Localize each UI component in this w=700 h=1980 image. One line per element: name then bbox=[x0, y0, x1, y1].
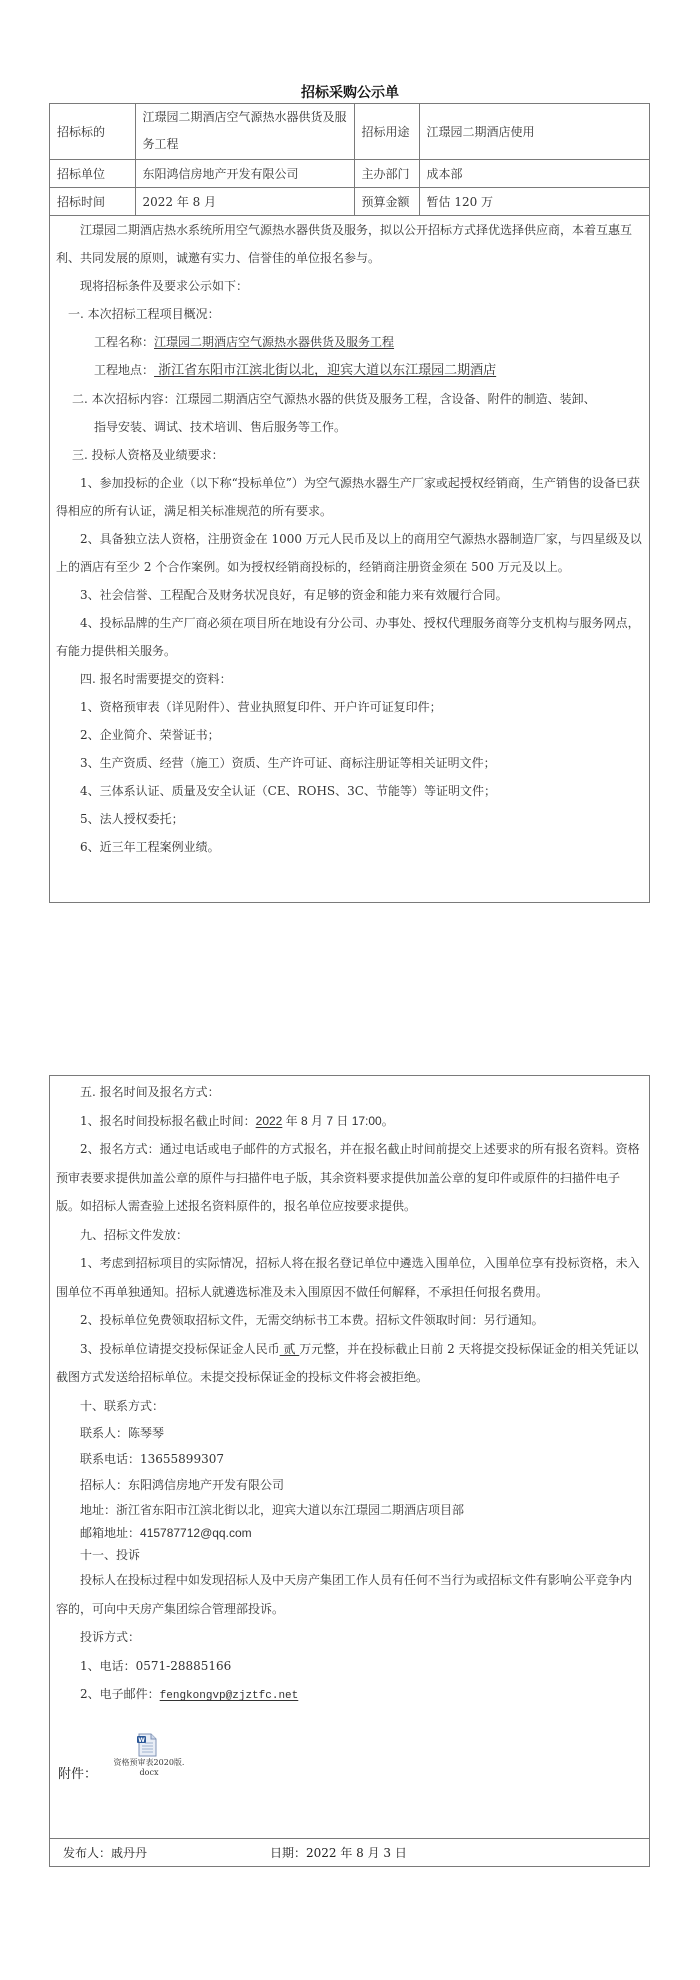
complaint-email-label: 2、电子邮件： bbox=[80, 1687, 160, 1701]
value-cell: 暂估 120 万 bbox=[419, 187, 649, 215]
value-cell: 成本部 bbox=[419, 159, 649, 187]
project-name-value: 江璟园二期酒店空气源热水器供货及服务工程 bbox=[154, 335, 394, 349]
address: 地址：浙江省东阳市江滨北街以北，迎宾大道以东江璟园二期酒店项目部 bbox=[56, 1498, 643, 1522]
requirement-item: 2、具备独立法人资格，注册资金在 1000 万元人民币及以上的商用空气源热水器制… bbox=[56, 525, 643, 581]
complaint-email-link[interactable]: fengkongvp@zjztfc.net bbox=[160, 1690, 299, 1702]
email-label: 邮箱地址： bbox=[80, 1526, 140, 1540]
notice-line: 现将招标条件及要求公示如下： bbox=[56, 272, 643, 300]
label-cell: 招标用途 bbox=[354, 104, 419, 159]
registration-method: 2、报名方式：通过电话或电子邮件的方式报名，并在报名截止时间前提交上述要求的所有… bbox=[56, 1135, 643, 1221]
attachment: 附件： W 资格预审表2020版. docx bbox=[58, 1733, 218, 1793]
material-item: 1、资格预审表（详见附件）、营业执照复印件、开户许可证复印件； bbox=[56, 693, 643, 721]
section-2-heading: 二. 本次招标内容：江璟园二期酒店空气源热水器的供货及服务工程，含设备、附件的制… bbox=[56, 385, 643, 413]
material-item: 3、生产资质、经营（施工）资质、生产许可证、商标注册证等相关证明文件； bbox=[56, 749, 643, 777]
material-item: 5、法人授权委托； bbox=[56, 805, 643, 833]
publish-date: 日期：2022 年 8 月 3 日 bbox=[270, 1844, 407, 1861]
label-cell: 主办部门 bbox=[354, 159, 419, 187]
requirement-item: 1、参加投标的企业（以下称“投标单位”）为空气源热水器生产厂家或起授权经销商，生… bbox=[56, 469, 643, 525]
filename-line-2: docx bbox=[104, 1768, 194, 1778]
complaint-phone: 1、电话：0571-28885166 bbox=[56, 1652, 643, 1681]
section-5-heading: 五. 报名时间及报名方式： bbox=[56, 1078, 643, 1107]
email-link[interactable]: 415787712@qq.com bbox=[140, 1526, 252, 1540]
complaint-email-line: 2、电子邮件：fengkongvp@zjztfc.net bbox=[56, 1680, 643, 1711]
publisher: 发布人：戚丹丹 bbox=[63, 1844, 147, 1861]
material-item: 4、三体系认证、质量及安全认证（CE、ROHS、3C、节能等）等证明文件； bbox=[56, 777, 643, 805]
material-item: 6、近三年工程案例业绩。 bbox=[56, 833, 643, 861]
deposit-amount: 贰 bbox=[280, 1342, 300, 1356]
requirement-item: 3、社会信誉、工程配合及财务状况良好，有足够的资金和能力来有效履行合同。 bbox=[56, 581, 643, 609]
project-name-label: 工程名称： bbox=[94, 335, 154, 349]
registration-deadline: 1、报名时间投标报名截止时间：2022 年 8 月 7 日 17:00。 bbox=[56, 1107, 643, 1136]
footer-divider bbox=[49, 1838, 650, 1839]
section-11-heading: 十一、投诉 bbox=[56, 1544, 643, 1566]
label-cell: 招标时间 bbox=[50, 187, 135, 215]
section-10-heading: 十、联系方式： bbox=[56, 1392, 643, 1421]
deposit-label: 3、投标单位请提交投标保证金人民币 bbox=[80, 1342, 280, 1356]
svg-text:W: W bbox=[138, 1737, 145, 1744]
notice-body-2: 五. 报名时间及报名方式： 1、报名时间投标报名截止时间：2022 年 8 月 … bbox=[50, 1076, 649, 1711]
value-cell: 2022 年 8 月 bbox=[135, 187, 354, 215]
section-1-heading: 一. 本次招标工程项目概况： bbox=[56, 300, 643, 328]
section-3-heading: 三. 投标人资格及业绩要求： bbox=[56, 441, 643, 469]
filename-line-1: 资格预审表2020版. bbox=[104, 1758, 194, 1768]
table-row: 招标标的 江璟园二期酒店空气源热水器供货及服务工程 招标用途 江璟园二期酒店使用 bbox=[50, 104, 649, 159]
attachment-filename[interactable]: 资格预审表2020版. docx bbox=[104, 1758, 194, 1778]
label-cell: 预算金额 bbox=[354, 187, 419, 215]
attachment-label: 附件： bbox=[58, 1763, 97, 1782]
project-name-line: 工程名称：江璟园二期酒店空气源热水器供货及服务工程 bbox=[56, 328, 643, 356]
section-2-continuation: 指导安装、调试、技术培训、售后服务等工作。 bbox=[56, 413, 643, 441]
notice-body: 江璟园二期酒店热水系统所用空气源热水器供货及服务，拟以公开招标方式择优选择供应商… bbox=[50, 216, 649, 861]
tenderer: 招标人：东阳鸿信房地产开发有限公司 bbox=[56, 1472, 643, 1498]
document-title: 招标采购公示单 bbox=[0, 82, 700, 102]
value-cell: 江璟园二期酒店空气源热水器供货及服务工程 bbox=[135, 104, 354, 159]
word-document-icon[interactable]: W bbox=[136, 1733, 158, 1757]
deadline-year: 2022 bbox=[256, 1114, 283, 1128]
project-site-value: 浙江省东阳市江滨北街以北，迎宾大道以东江璟园二期酒店 bbox=[154, 363, 496, 378]
info-table: 招标标的 江璟园二期酒店空气源热水器供货及服务工程 招标用途 江璟园二期酒店使用… bbox=[50, 104, 649, 216]
value-cell: 江璟园二期酒店使用 bbox=[419, 104, 649, 159]
distribution-item: 3、投标单位请提交投标保证金人民币 贰 万元整，并在投标截止日前 2 天将提交投… bbox=[56, 1335, 643, 1392]
deadline-label: 1、报名时间投标报名截止时间： bbox=[80, 1114, 256, 1128]
label-cell: 招标单位 bbox=[50, 159, 135, 187]
distribution-item: 2、投标单位免费领取招标文件，无需交纳标书工本费。招标文件领取时间：另行通知。 bbox=[56, 1306, 643, 1335]
project-site-label: 工程地点： bbox=[94, 363, 154, 377]
requirement-item: 4、投标品牌的生产厂商必须在项目所在地设有分公司、办事处、授权代理服务商等分支机… bbox=[56, 609, 643, 665]
deadline-date: 年 8 月 7 日 17:00。 bbox=[282, 1114, 393, 1128]
complaint-method-label: 投诉方式： bbox=[56, 1623, 643, 1652]
notice-form-page-1: 招标标的 江璟园二期酒店空气源热水器供货及服务工程 招标用途 江璟园二期酒店使用… bbox=[49, 103, 650, 903]
complaint-text: 投标人在投标过程中如发现招标人及中天房产集团工作人员有任何不当行为或招标文件有影… bbox=[56, 1566, 643, 1623]
distribution-item: 1、考虑到招标项目的实际情况，招标人将在报名登记单位中遴选入围单位，入围单位享有… bbox=[56, 1249, 643, 1306]
section-4-heading: 四. 报名时需要提交的资料： bbox=[56, 665, 643, 693]
contact-phone: 联系电话：13655899307 bbox=[56, 1446, 643, 1472]
label-cell: 招标标的 bbox=[50, 104, 135, 159]
table-row: 招标时间 2022 年 8 月 预算金额 暂估 120 万 bbox=[50, 187, 649, 215]
contact-person: 联系人：陈琴琴 bbox=[56, 1420, 643, 1446]
value-cell: 东阳鸿信房地产开发有限公司 bbox=[135, 159, 354, 187]
intro-paragraph: 江璟园二期酒店热水系统所用空气源热水器供货及服务，拟以公开招标方式择优选择供应商… bbox=[56, 216, 643, 272]
email-line: 邮箱地址：415787712@qq.com bbox=[56, 1522, 643, 1544]
project-site-line: 工程地点： 浙江省东阳市江滨北街以北，迎宾大道以东江璟园二期酒店 bbox=[56, 356, 643, 385]
section-9-heading: 九、招标文件发放： bbox=[56, 1221, 643, 1250]
material-item: 2、企业简介、荣誉证书； bbox=[56, 721, 643, 749]
table-row: 招标单位 东阳鸿信房地产开发有限公司 主办部门 成本部 bbox=[50, 159, 649, 187]
